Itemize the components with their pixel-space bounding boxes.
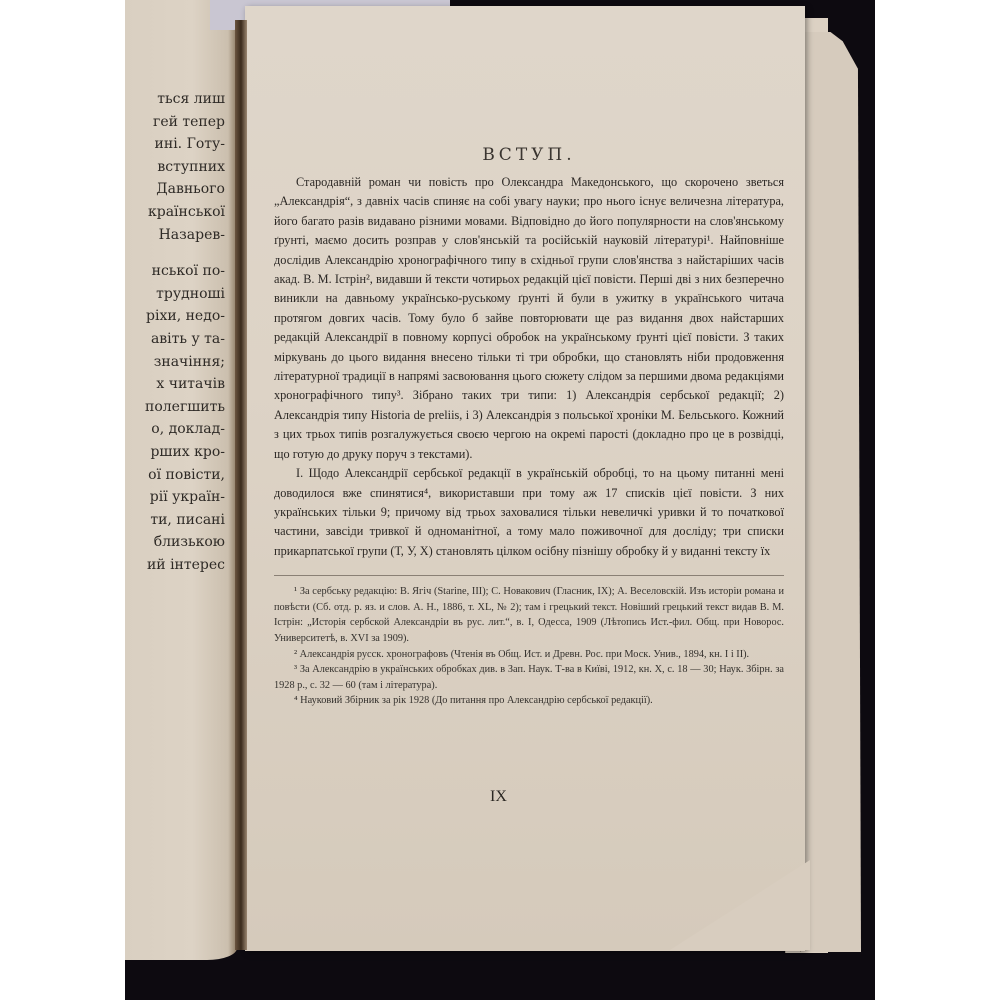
- footnote: ⁴ Науковий Збірник за рік 1928 (До питан…: [274, 693, 784, 709]
- left-page-text: ться лиш гей тепер ині. Готу- вступних Д…: [125, 88, 225, 576]
- footnote: ² Александрія русск. хронографовъ (Чтені…: [274, 647, 784, 663]
- left-line: країнської: [125, 201, 225, 224]
- left-line: рших кро-: [125, 441, 225, 464]
- left-line: ти, писані: [125, 509, 225, 532]
- left-line: ться лиш: [125, 88, 225, 111]
- left-line: ріхи, недо-: [125, 305, 225, 328]
- paragraph: Стародавній роман чи повість про Олексан…: [274, 173, 784, 464]
- left-line: значіння;: [125, 351, 225, 374]
- page-number: IX: [490, 788, 507, 806]
- footnote-divider: [274, 575, 784, 576]
- left-line: х читачів: [125, 373, 225, 396]
- left-line: рії україн-: [125, 486, 225, 509]
- footnote: ¹ За сербську редакцію: В. Ягіч (Starine…: [274, 584, 784, 646]
- paragraph: I. Щодо Александрії сербської редакції в…: [274, 464, 784, 561]
- footnote: ³ За Александрію в українських обробках …: [274, 662, 784, 693]
- left-line: Назарев-: [125, 224, 225, 247]
- left-line: вступних: [125, 156, 225, 179]
- left-line: трудноші: [125, 283, 225, 306]
- page-title: ВСТУП.: [274, 145, 784, 165]
- left-line: ині. Готу-: [125, 133, 225, 156]
- left-line-gap: [125, 246, 225, 260]
- left-line: нської по-: [125, 260, 225, 283]
- left-line: полегшить: [125, 396, 225, 419]
- body-text: Стародавній роман чи повість про Олексан…: [274, 173, 784, 561]
- left-line: авіть у та-: [125, 328, 225, 351]
- left-line: близькою: [125, 531, 225, 554]
- left-line: о, доклад-: [125, 418, 225, 441]
- left-line: гей тепер: [125, 111, 225, 134]
- left-line: ий інтерес: [125, 554, 225, 577]
- page-stack-edge-outer: [800, 32, 861, 952]
- left-line: Давнього: [125, 178, 225, 201]
- left-line: ої повісти,: [125, 464, 225, 487]
- book-gutter: [235, 20, 247, 950]
- footnotes: ¹ За сербську редакцію: В. Ягіч (Starine…: [274, 584, 784, 709]
- right-page-content: ВСТУП. Стародавній роман чи повість про …: [274, 145, 784, 709]
